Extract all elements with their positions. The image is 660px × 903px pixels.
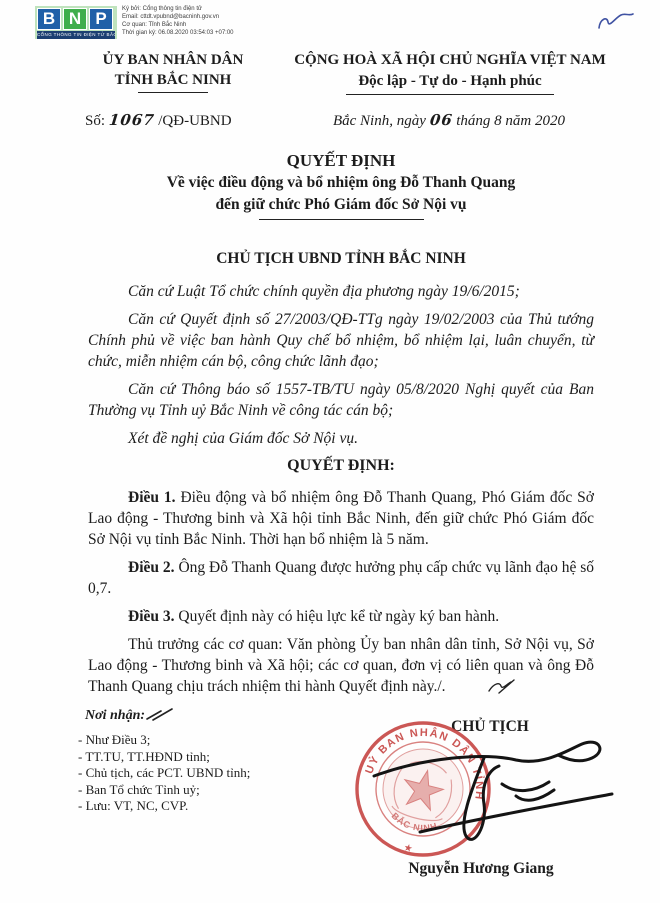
document-number: Số: 1067 /QĐ-UBND xyxy=(85,111,232,130)
handwritten-signature xyxy=(368,732,616,855)
recipient-item: - TT.TU, TT.HĐND tỉnh; xyxy=(78,749,250,766)
pen-flourish-icon xyxy=(447,678,515,700)
logo-letter-n: N xyxy=(63,8,87,30)
recipients-block: Nơi nhận: - Như Điều 3; - TT.TU, TT.HĐND… xyxy=(85,706,250,815)
esign-signer: Ký bởi: Cổng thông tin điện tử xyxy=(122,5,234,13)
authority-line1: ỦY BAN NHÂN DÂN xyxy=(58,50,288,70)
authority-line2: TỈNH BẮC NINH xyxy=(58,70,288,90)
implementation-text: Thủ trưởng các cơ quan: Văn phòng Ủy ban… xyxy=(88,636,594,695)
esign-email: Email: cttdt.vpubnd@bacninh.gov.vn xyxy=(122,13,234,21)
legal-basis-paragraph: Căn cứ Thông báo số 1557-TB/TU ngày 05/8… xyxy=(88,379,594,421)
national-motto-block: CỘNG HOÀ XÃ HỘI CHỦ NGHĨA VIỆT NAM Độc l… xyxy=(288,50,612,95)
logo-banner-text: CỔNG THÔNG TIN ĐIỆN TỬ BẮC NINH xyxy=(37,31,115,39)
deciding-authority: CHỦ TỊCH UBND TỈNH BẮC NINH xyxy=(88,250,594,268)
motto-underline xyxy=(346,94,554,95)
bnp-logo: B N P CỔNG THÔNG TIN ĐIỆN TỬ BẮC NINH xyxy=(35,6,117,39)
logo-letter-p: P xyxy=(89,8,113,30)
motto-line1: CỘNG HOÀ XÃ HỘI CHỦ NGHĨA VIỆT NAM xyxy=(288,50,612,71)
number-label: Số: xyxy=(85,113,105,129)
digital-signature-info: Ký bởi: Cổng thông tin điện tử Email: ct… xyxy=(122,5,234,37)
number-handwritten: 1067 xyxy=(108,111,156,129)
signer-name: Nguyễn Hương Giang xyxy=(366,860,596,878)
authority-underline xyxy=(138,92,208,93)
document-date: Bắc Ninh, ngày 06 tháng 8 năm 2020 xyxy=(333,111,565,130)
title-underline xyxy=(259,219,424,220)
document-header: ỦY BAN NHÂN DÂN TỈNH BẮC NINH CỘNG HOÀ X… xyxy=(58,50,612,95)
recipient-item: - Ban Tổ chức Tỉnh uỷ; xyxy=(78,782,250,799)
legal-basis-section: Căn cứ Luật Tổ chức chính quyền địa phươ… xyxy=(88,281,594,449)
bnp-logo-letters: B N P xyxy=(37,8,115,30)
legal-basis-paragraph: Căn cứ Quyết định số 27/2003/QĐ-TTg ngày… xyxy=(88,309,594,372)
recipient-item: - Như Điều 3; xyxy=(78,732,250,749)
pen-tick-icon xyxy=(145,707,175,726)
document-footer: Nơi nhận: - Như Điều 3; - TT.TU, TT.HĐND… xyxy=(0,700,660,903)
article-3: Điều 3. Quyết định này có hiệu lực kể từ… xyxy=(88,606,594,627)
recipients-list: - Như Điều 3; - TT.TU, TT.HĐND tỉnh; - C… xyxy=(78,732,250,815)
article-1-label: Điều 1. xyxy=(128,489,176,506)
recipient-item: - Chủ tịch, các PCT. UBND tỉnh; xyxy=(78,765,250,782)
esign-agency: Cơ quan: Tỉnh Bắc Ninh xyxy=(122,21,234,29)
recipient-item: - Lưu: VT, NC, CVP. xyxy=(78,798,250,815)
date-prefix: Bắc Ninh, ngày xyxy=(333,113,426,129)
document-subtitle-line2: đến giữ chức Phó Giám đốc Sở Nội vụ xyxy=(88,194,594,216)
legal-basis-paragraph: Căn cứ Luật Tổ chức chính quyền địa phươ… xyxy=(88,281,594,302)
esign-datetime: Thời gian ký: 06.08.2020 03:54:03 +07:00 xyxy=(122,29,234,37)
recipients-label: Nơi nhận: xyxy=(85,708,145,723)
signature-ink-icon xyxy=(368,732,616,850)
number-suffix: /QĐ-UBND xyxy=(158,113,231,129)
article-3-text: Quyết định này có hiệu lực kể từ ngày ký… xyxy=(178,608,499,625)
document-title: QUYẾT ĐỊNH xyxy=(88,150,594,172)
articles-section: Điều 1. Điều động và bổ nhiệm ông Đỗ Tha… xyxy=(88,487,594,700)
date-day-handwritten: 06 xyxy=(429,111,454,129)
number-date-row: Số: 1067 /QĐ-UBND Bắc Ninh, ngày 06 thán… xyxy=(85,111,605,130)
article-1: Điều 1. Điều động và bổ nhiệm ông Đỗ Tha… xyxy=(88,487,594,550)
logo-letter-b: B xyxy=(37,8,61,30)
implementation-paragraph: Thủ trưởng các cơ quan: Văn phòng Ủy ban… xyxy=(88,634,594,700)
handwritten-initials-mark xyxy=(592,6,642,41)
article-3-label: Điều 3. xyxy=(128,608,175,625)
document-subtitle-line1: Về việc điều động và bổ nhiệm ông Đỗ Tha… xyxy=(88,172,594,194)
decision-heading: QUYẾT ĐỊNH: xyxy=(88,457,594,475)
pen-scribble-icon xyxy=(592,6,642,36)
date-suffix: tháng 8 năm 2020 xyxy=(456,113,565,129)
motto-line2: Độc lập - Tự do - Hạnh phúc xyxy=(288,71,612,92)
article-2-label: Điều 2. xyxy=(128,559,175,576)
decision-document-page: B N P CỔNG THÔNG TIN ĐIỆN TỬ BẮC NINH Ký… xyxy=(0,0,660,903)
document-body: QUYẾT ĐỊNH Về việc điều động và bổ nhiệm… xyxy=(88,150,594,707)
issuing-authority-block: ỦY BAN NHÂN DÂN TỈNH BẮC NINH xyxy=(58,50,288,95)
article-2: Điều 2. Ông Đỗ Thanh Quang được hưởng ph… xyxy=(88,557,594,599)
legal-basis-paragraph: Xét đề nghị của Giám đốc Sở Nội vụ. xyxy=(88,428,594,449)
